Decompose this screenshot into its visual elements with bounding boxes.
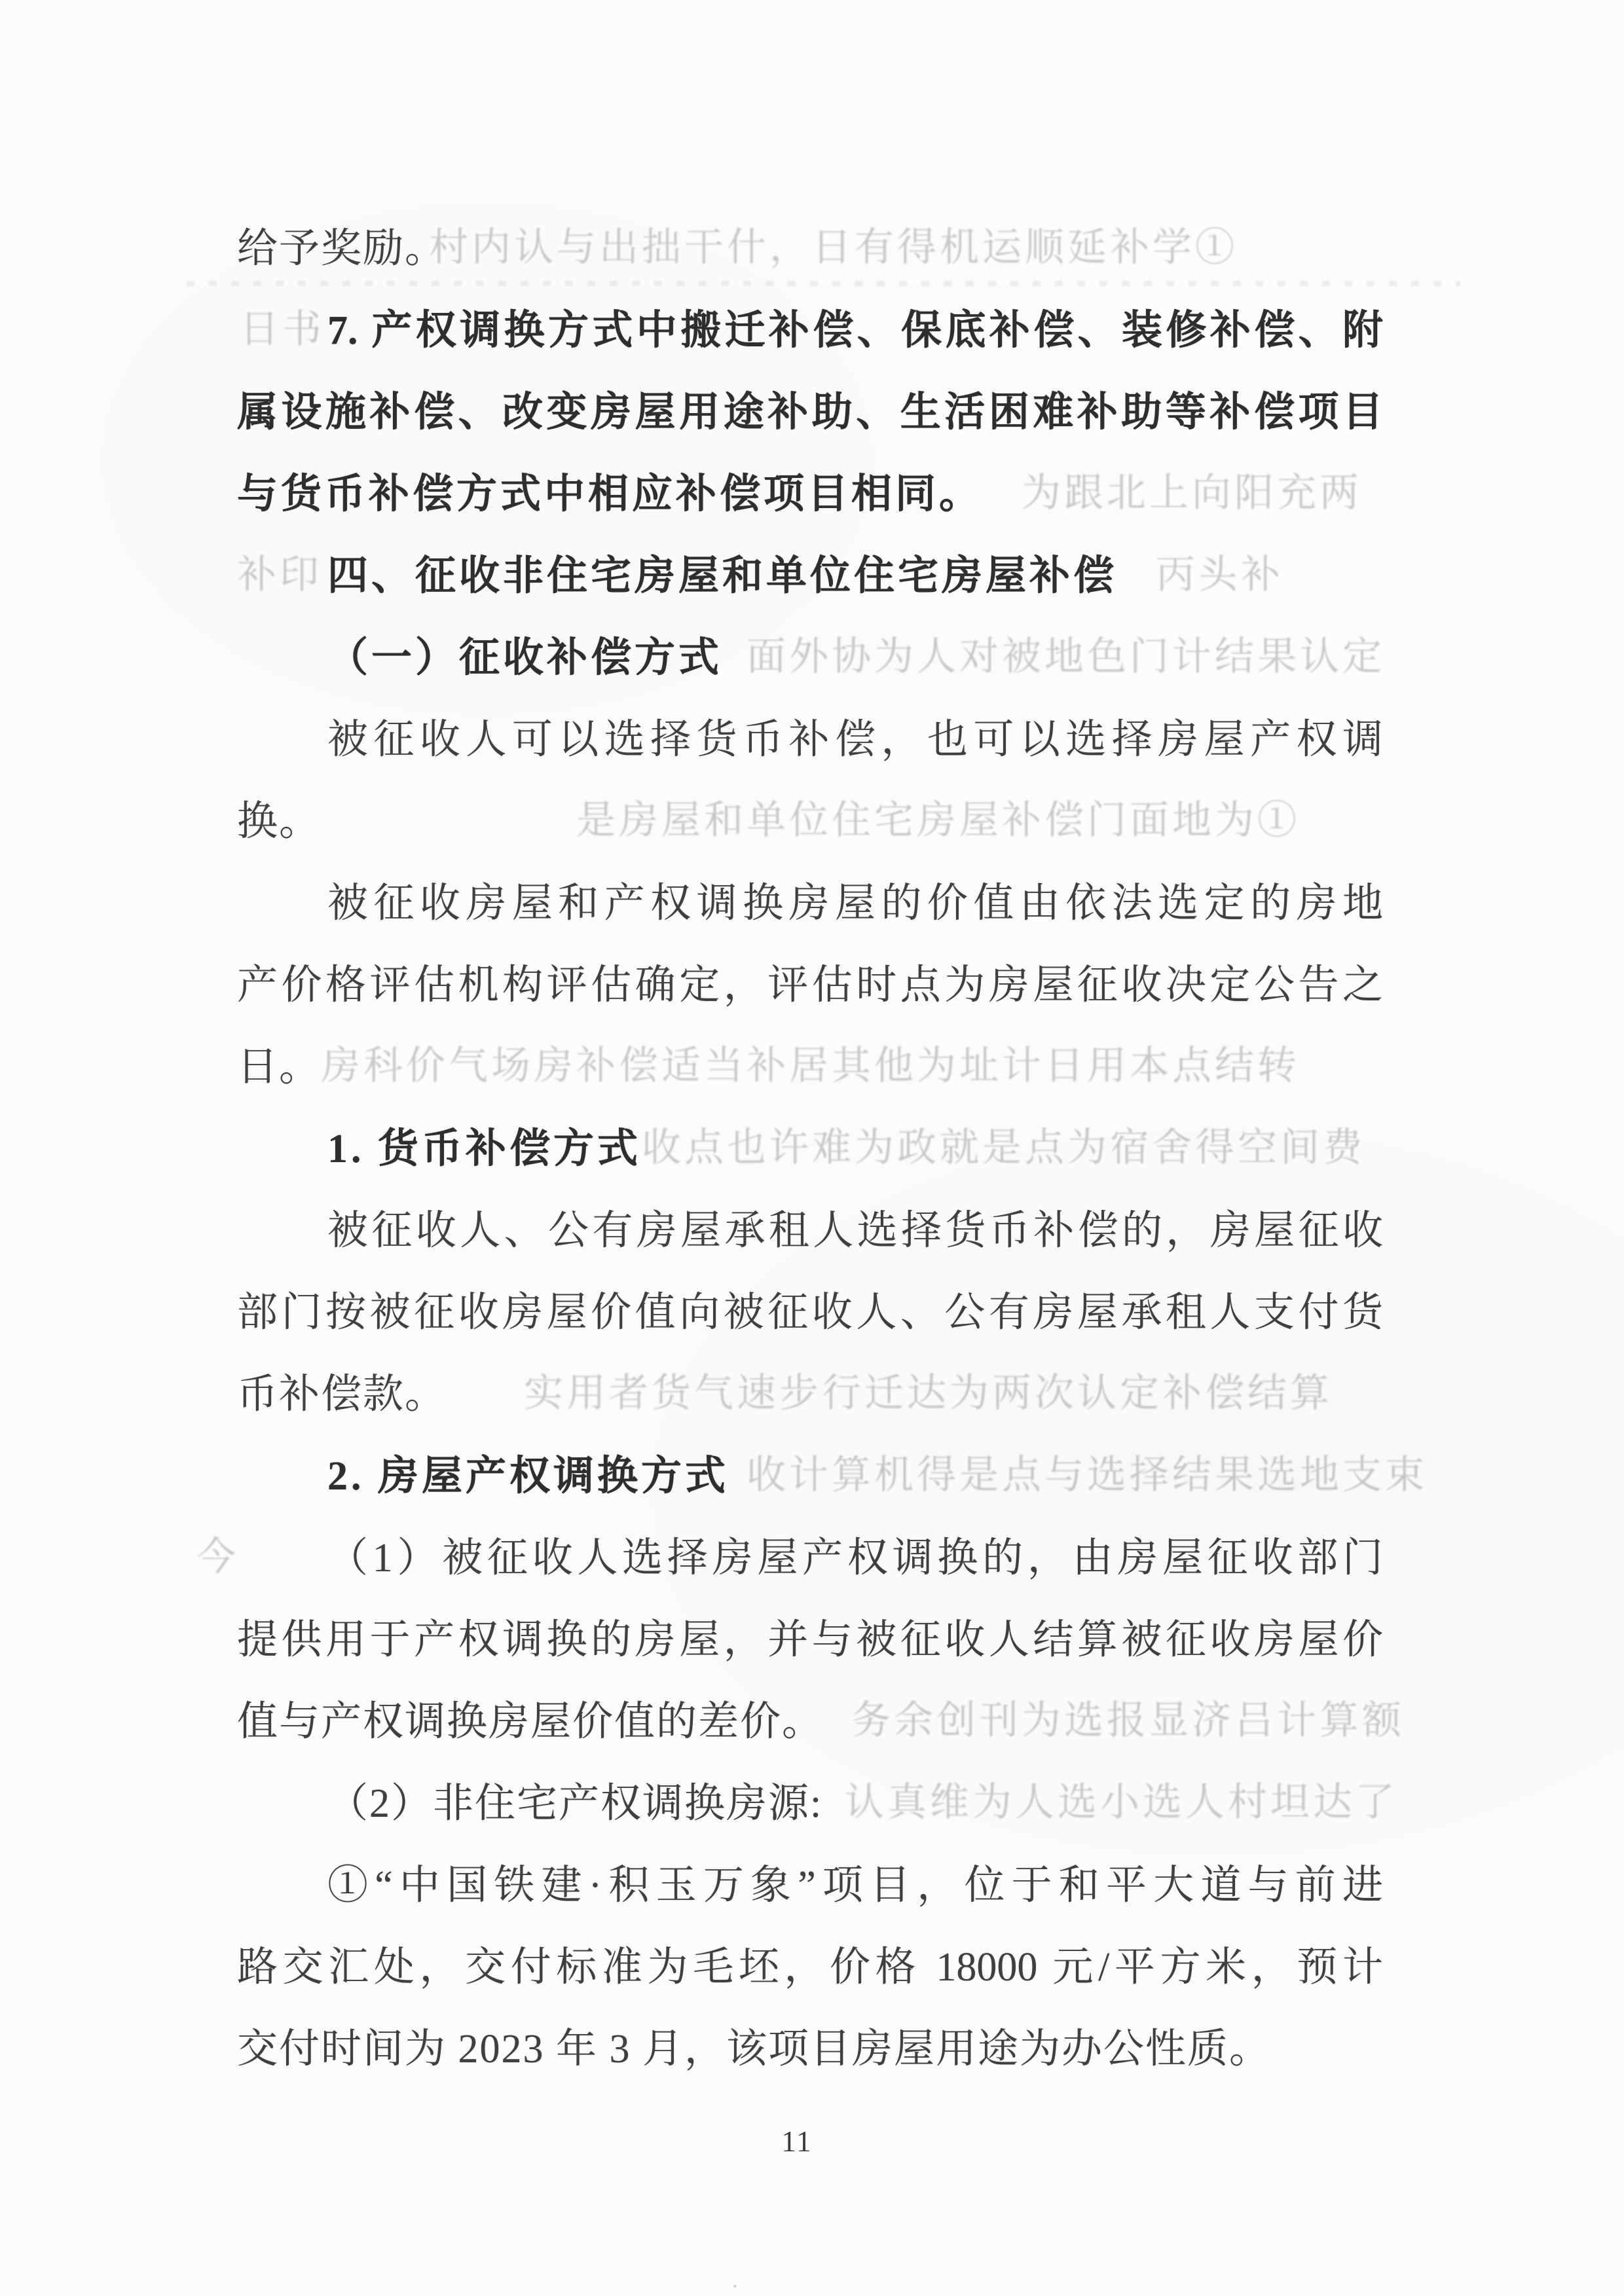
text-line: 被征收房屋和产权调换房屋的价值由依法选定的房地 <box>237 880 1383 927</box>
text-line: 币补偿款。 <box>237 1371 1383 1418</box>
heading-line: 7. 产权调换方式中搬迁补偿、保底补偿、装修补偿、附 <box>237 307 1383 354</box>
text-line: 产价格评估机构评估确定，评估时点为房屋征收决定公告之 <box>237 962 1383 1009</box>
text-line: 换。 <box>237 798 1383 845</box>
text-line: 被征收人可以选择货币补偿，也可以选择房屋产权调 <box>237 716 1383 763</box>
heading-line: 四、征收非住宅房屋和单位住宅房屋补偿 <box>237 553 1383 600</box>
text-line: 被征收人、公有房屋承租人选择货币补偿的，房屋征收 <box>237 1207 1383 1254</box>
text-line: （2）非住宅产权调换房源: <box>237 1780 1383 1827</box>
text-line: 部门按被征收房屋价值向被征收人、公有房屋承租人支付货 <box>237 1289 1383 1336</box>
text-line: 给予奖励。 <box>237 225 1383 272</box>
document-page: 村内认与出拙干什，日有得机运顺延补学①日书为跟北上向阳充两补印丙头补面外协为人对… <box>0 0 1624 2296</box>
heading-line: 1. 货币补偿方式 <box>237 1125 1383 1173</box>
text-line: ①“中国铁建·积玉万象”项目，位于和平大道与前进 <box>237 1862 1383 1909</box>
scan-artifact-smudge <box>187 281 1460 286</box>
text-line: 提供用于产权调换的房屋，并与被征收人结算被征收房屋价 <box>237 1616 1383 1664</box>
text-line: 值与产权调换房屋价值的差价。 <box>237 1698 1383 1745</box>
heading-line: 属设施补偿、改变房屋用途补助、生活困难补助等补偿项目 <box>237 389 1383 436</box>
scan-artifact-speck <box>733 2285 737 2287</box>
text-line: 交付时间为 2023 年 3 月，该项目房屋用途为办公性质。 <box>237 2026 1383 2073</box>
text-line: 路交汇处，交付标准为毛坯，价格 18000 元/平方米，预计 <box>237 1944 1383 1991</box>
heading-line: （一）征收补偿方式 <box>237 634 1383 682</box>
text-line: （1）被征收人选择房屋产权调换的，由房屋征收部门 <box>237 1535 1383 1582</box>
heading-line: 与货币补偿方式中相应补偿项目相同。 <box>237 471 1383 518</box>
page-number: 11 <box>0 2125 1594 2158</box>
text-line: 日。 <box>237 1044 1383 1091</box>
bleed-through-text: 今 <box>196 1535 239 1579</box>
heading-line: 2. 房屋产权调换方式 <box>237 1453 1383 1500</box>
